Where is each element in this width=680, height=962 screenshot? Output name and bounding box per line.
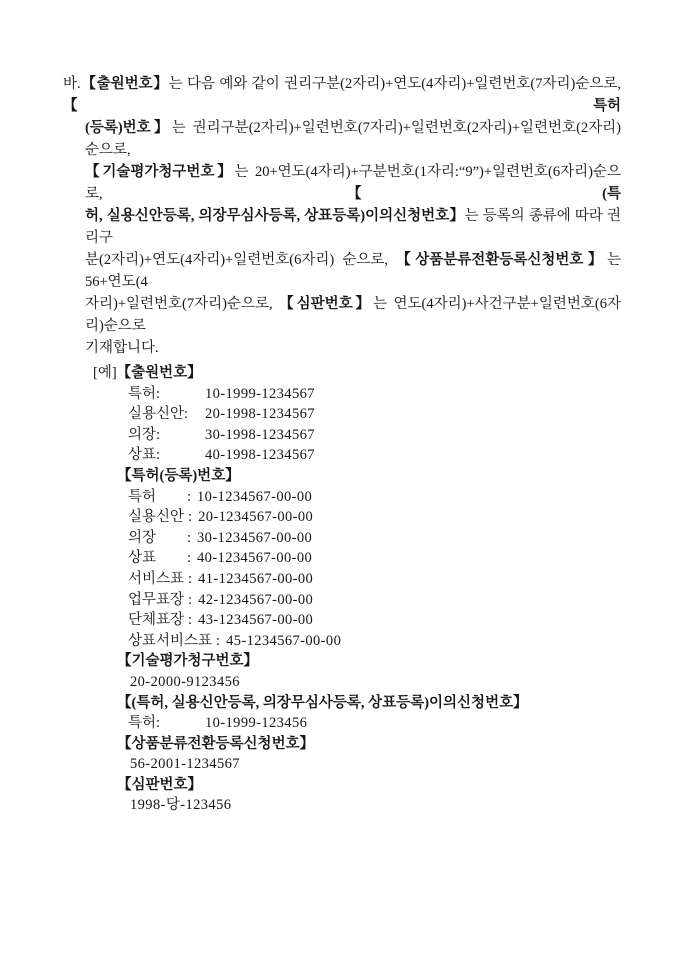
example-block: [예]【출원번호】 특허:10-1999-1234567 실용신안:20-199…	[63, 363, 621, 816]
list-item: 의장:30-1998-1234567	[93, 425, 621, 446]
item-value: 40-1998-1234567	[205, 447, 315, 463]
section-title-goods-classification-conversion-number: 【상품분류전환등록신청번호】	[93, 734, 621, 755]
item-label: 특허	[128, 487, 183, 508]
item-value: 41-1234567-00-00	[198, 571, 313, 587]
field-term: 【(특	[347, 186, 621, 202]
item-label: 업무표장	[128, 590, 184, 611]
list-item: 실용신안:20-1234567-00-00	[93, 507, 621, 528]
section-value: 56-2001-1234567	[93, 754, 621, 775]
intro-line: 허, 실용신안등록, 의장무심사등록, 상표등록)이의신청번호】는 등록의 종류…	[63, 205, 621, 249]
item-label: 실용신안	[128, 507, 184, 528]
list-item: 업무표장:42-1234567-00-00	[93, 590, 621, 611]
item-value: 10-1999-1234567	[205, 386, 315, 402]
item-separator: :	[187, 550, 191, 566]
item-label: 단체표장	[128, 610, 184, 631]
item-label: 의장:	[128, 425, 205, 446]
item-separator: :	[216, 633, 220, 649]
intro-segment: 자리)+일련번호(7자리)순으로,	[85, 296, 279, 312]
item-separator: :	[188, 612, 192, 628]
section-title-registration-number: 【특허(등록)번호】	[93, 466, 621, 487]
item-label: 상표	[128, 548, 183, 569]
list-item: 특허:10-1999-1234567	[93, 384, 621, 405]
intro-line: 자리)+일련번호(7자리)순으로, 【심판번호】는 연도(4자리)+사건구분+일…	[63, 293, 621, 337]
intro-paragraph: 바.【출원번호】는 다음 예와 같이 권리구분(2자리)+연도(4자리)+일련번…	[63, 73, 621, 359]
intro-line: (등록)번호】는 권리구분(2자리)+일련번호(7자리)+일련번호(2자리)+일…	[63, 117, 621, 161]
field-term: 허, 실용신안등록, 의장무심사등록, 상표등록)이의신청번호】	[85, 208, 465, 224]
intro-segment: 는 다음 예와 같이 권리구분(2자리)+연도(4자리)+일련번호(7자리)순으…	[169, 76, 621, 92]
intro-segment: 분(2자리)+연도(4자리)+일련번호(6자리) 순으로,	[85, 252, 396, 268]
item-separator: :	[187, 489, 191, 505]
item-value: 45-1234567-00-00	[226, 633, 341, 649]
list-item: 특허:10-1234567-00-00	[93, 487, 621, 508]
item-label: 상표서비스표	[128, 631, 212, 652]
item-value: 20-1998-1234567	[205, 406, 315, 422]
intro-line: 기재합니다.	[63, 337, 621, 359]
item-value: 10-1234567-00-00	[197, 489, 312, 505]
intro-segment: 기재합니다.	[85, 340, 159, 356]
example-header-row: [예]【출원번호】	[93, 363, 621, 384]
document-page: 바.【출원번호】는 다음 예와 같이 권리구분(2자리)+연도(4자리)+일련번…	[0, 0, 680, 962]
item-label: 의장	[128, 528, 183, 549]
item-label: 실용신안:	[128, 404, 205, 425]
intro-line: 바.【출원번호】는 다음 예와 같이 권리구분(2자리)+연도(4자리)+일련번…	[63, 73, 621, 117]
item-separator: :	[188, 509, 192, 525]
item-separator: :	[188, 592, 192, 608]
field-term: (등록)번호】	[85, 120, 172, 136]
list-item: 단체표장:43-1234567-00-00	[93, 610, 621, 631]
list-item: 의장:30-1234567-00-00	[93, 528, 621, 549]
intro-line: 분(2자리)+연도(4자리)+일련번호(6자리) 순으로, 【상품분류전환등록신…	[63, 249, 621, 293]
field-term: 【심판번호】	[279, 296, 373, 312]
list-item: 상표:40-1998-1234567	[93, 445, 621, 466]
section-title-technical-evaluation-number: 【기술평가청구번호】	[93, 651, 621, 672]
item-value: 40-1234567-00-00	[197, 550, 312, 566]
item-value: 42-1234567-00-00	[198, 592, 313, 608]
item-value: 43-1234567-00-00	[198, 612, 313, 628]
item-value: 20-1234567-00-00	[198, 509, 313, 525]
intro-line: 【기술평가청구번호】는 20+연도(4자리)+구분번호(1자리:“9”)+일련번…	[63, 161, 621, 205]
list-item: 상표서비스표:45-1234567-00-00	[93, 631, 621, 652]
item-value: 10-1999-123456	[205, 715, 307, 731]
item-separator: :	[188, 571, 192, 587]
item-label: 특허:	[128, 384, 205, 405]
section-title-trial-number: 【심판번호】	[93, 775, 621, 796]
item-label: 상표:	[128, 445, 205, 466]
example-label: [예]	[93, 365, 117, 381]
list-item: 상표:40-1234567-00-00	[93, 548, 621, 569]
item-value: 30-1998-1234567	[205, 427, 315, 443]
section-value: 1998-당-123456	[93, 795, 621, 816]
field-term: 【특허	[63, 98, 621, 114]
list-marker: 바.	[63, 76, 81, 92]
item-value: 30-1234567-00-00	[197, 530, 312, 546]
section-value: 20-2000-9123456	[93, 672, 621, 693]
item-label: 특허:	[128, 713, 205, 734]
section-title-opposition-number: 【(특허, 실용신안등록, 의장무심사등록, 상표등록)이의신청번호】	[93, 693, 621, 714]
list-item: 실용신안:20-1998-1234567	[93, 404, 621, 425]
field-term: 【기술평가청구번호】	[85, 164, 235, 180]
list-item: 특허:10-1999-123456	[93, 713, 621, 734]
field-term: 【출원번호】	[81, 76, 169, 92]
section-title-application-number: 【출원번호】	[117, 365, 202, 381]
item-separator: :	[187, 530, 191, 546]
item-label: 서비스표	[128, 569, 184, 590]
list-item: 서비스표:41-1234567-00-00	[93, 569, 621, 590]
field-term: 【상품분류전환등록신청번호】	[396, 252, 607, 268]
